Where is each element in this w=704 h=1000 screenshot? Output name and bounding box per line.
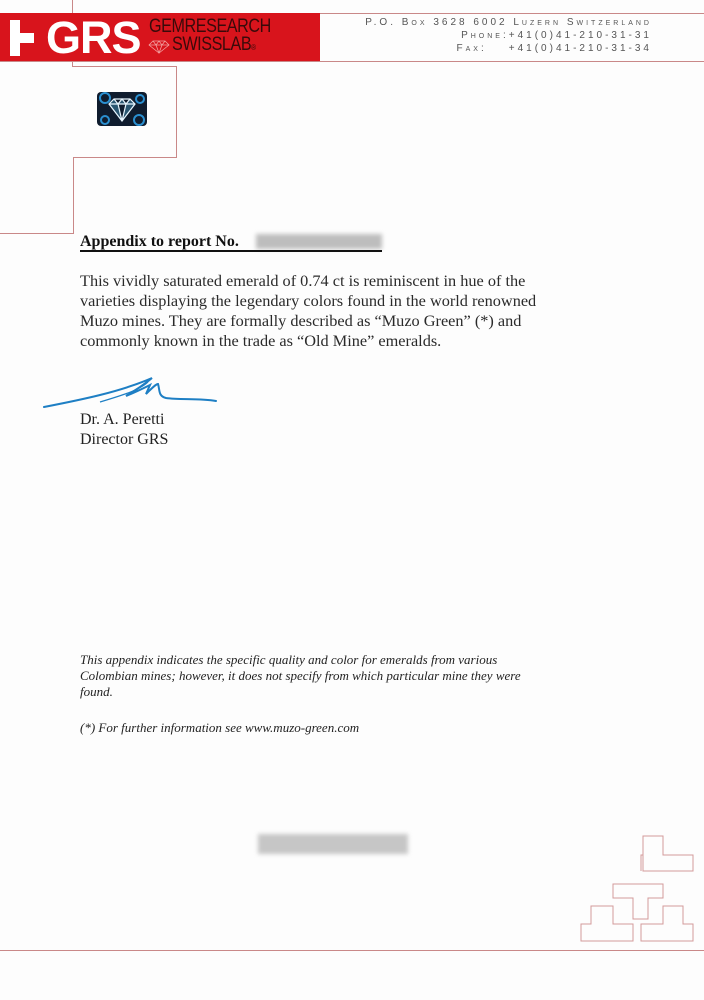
title-underline <box>80 250 382 252</box>
header-rule-top <box>320 13 704 14</box>
address-block: P.O. Box 3628 6002 Luzern Switzerland Ph… <box>340 16 652 55</box>
diamond-icon <box>148 40 170 54</box>
disclaimer-line: Colombian mines; however, it does not sp… <box>80 668 610 684</box>
postal-address: P.O. Box 3628 6002 Luzern Switzerland <box>340 16 652 29</box>
frame-line <box>72 66 176 67</box>
disclaimer: This appendix indicates the specific qua… <box>80 652 610 700</box>
report-number-redacted <box>256 234 382 249</box>
phone-line: Phone:+41(0)41-210-31-31 <box>340 29 652 42</box>
frame-line <box>73 157 177 158</box>
signature-icon <box>40 370 220 412</box>
disclaimer-line: found. <box>80 684 610 700</box>
footer-rule <box>0 950 704 951</box>
fax-number: +41(0)41-210-31-34 <box>509 43 652 54</box>
paragraph-line: varieties displaying the legendary color… <box>80 291 600 311</box>
signatory: Dr. A. Peretti Director GRS <box>80 410 168 450</box>
frame-line <box>73 157 74 233</box>
fax-label: Fax: <box>457 43 487 54</box>
decorative-t-blocks-icon <box>578 834 698 944</box>
signatory-name: Dr. A. Peretti <box>80 410 168 430</box>
logo-swisslab: SWISSLAB® <box>172 35 256 57</box>
swiss-cross-icon <box>10 20 40 56</box>
fax-line: Fax:+41(0)41-210-31-34 <box>340 42 652 55</box>
paragraph-line: commonly known in the trade as “Old Mine… <box>80 331 600 351</box>
signatory-role: Director GRS <box>80 430 168 450</box>
muzo-green-reference: (*) For further information see www.muzo… <box>80 720 359 736</box>
phone-label: Phone: <box>461 30 509 41</box>
logo-swisslab-text: SWISSLAB <box>172 34 251 55</box>
diamond-hologram-icon <box>97 92 147 126</box>
frame-line <box>0 233 74 234</box>
bottom-redacted-field <box>258 834 408 854</box>
frame-line <box>176 66 177 157</box>
phone-number: +41(0)41-210-31-31 <box>509 30 652 41</box>
appendix-title: Appendix to report No. <box>80 233 239 251</box>
logo-grs: GRS <box>46 12 141 64</box>
registered-mark: ® <box>251 43 256 52</box>
paragraph-line: Muzo mines. They are formally described … <box>80 311 600 331</box>
paragraph-line: This vividly saturated emerald of 0.74 c… <box>80 271 600 291</box>
disclaimer-line: This appendix indicates the specific qua… <box>80 652 610 668</box>
appendix-paragraph: This vividly saturated emerald of 0.74 c… <box>80 271 600 351</box>
